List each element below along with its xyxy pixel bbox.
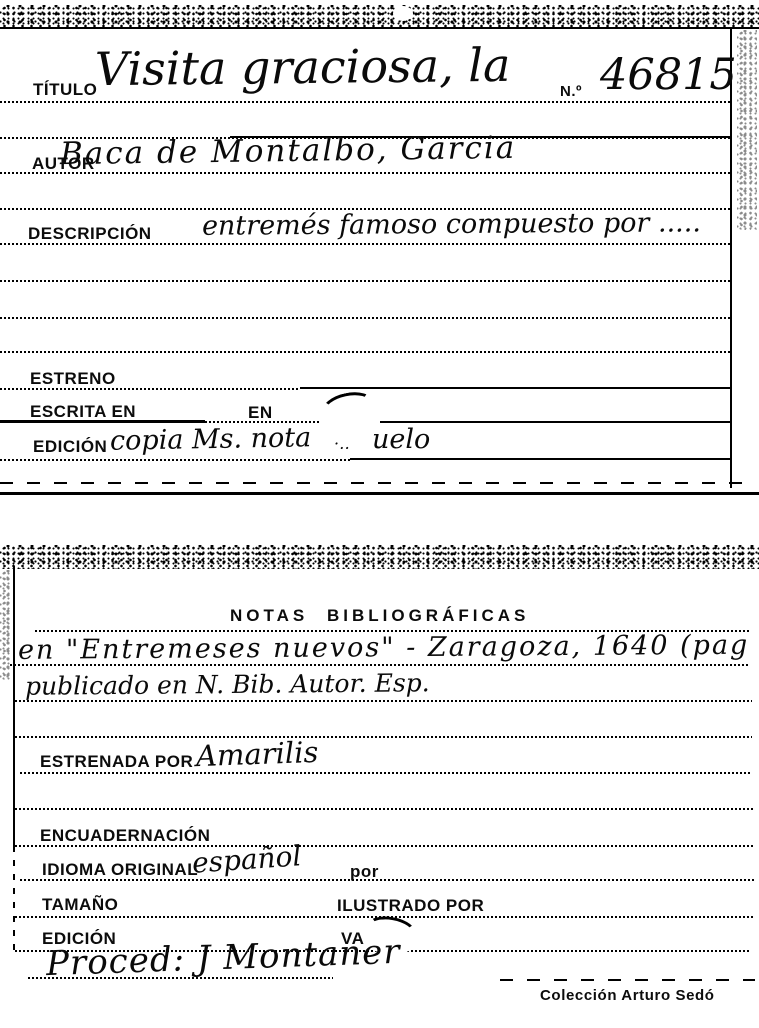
idioma-original-value: español: [191, 842, 302, 878]
rule-line: [0, 172, 731, 174]
edicion-value-part1: copia Ms. nota: [110, 424, 312, 455]
rule-line: [0, 351, 731, 353]
rule-line: [15, 700, 752, 702]
card-back-top-edge: [0, 545, 759, 569]
escrita-en-label: ESCRITA EN: [30, 402, 136, 422]
rule-line: [300, 387, 731, 389]
collection-stamp: Colección Arturo Sedó: [540, 987, 715, 1004]
card-front-bottom-dash: [0, 482, 755, 484]
titulo-label: TÍTULO: [33, 80, 97, 100]
en-label: EN: [248, 403, 273, 423]
rule-line: [0, 280, 731, 282]
rule-line: [0, 459, 350, 461]
rule-line: [15, 736, 752, 738]
rule-line: [350, 458, 731, 460]
estreno-label: ESTRENO: [30, 369, 116, 389]
procedencia-value: Proced: J Montaner: [46, 935, 402, 981]
numero-value: 46815: [600, 54, 737, 97]
edicion-value-part2: uelo: [372, 426, 430, 453]
rule-line: [0, 101, 731, 103]
nota-line1: en "Entremeses nuevos" - Zaragoza, 1640 …: [18, 631, 759, 664]
idioma-original-label: IDIOMA ORIGINAL: [42, 860, 198, 880]
autor-value: Baca de Montalbo, Garcia: [60, 133, 517, 170]
estrenada-por-label: ESTRENADA POR: [40, 752, 193, 772]
edicion-smudge: ·‥: [334, 436, 350, 452]
tamano-label: TAMAÑO: [42, 895, 118, 915]
numero-label: N.º: [560, 83, 582, 100]
rule-line: [20, 772, 752, 774]
nota-line2: publicado en N. Bib. Autor. Esp.: [25, 670, 430, 699]
card-front-top-edge: [0, 5, 759, 29]
encuadernacion-label: ENCUADERNACIÓN: [40, 826, 210, 846]
rule-line: [15, 808, 753, 810]
rule-line: [500, 979, 755, 981]
scan-noise-right: [737, 30, 757, 230]
rule-line: [380, 421, 731, 423]
titulo-value: Visita graciosa, la: [95, 42, 511, 92]
edge-gap: [393, 6, 413, 21]
scanned-catalog-page: TÍTULO N.º AUTOR DESCRIPCIÓN ESTRENO ESC…: [0, 0, 759, 1028]
card-back-left-border: [13, 566, 15, 846]
edicion-label: EDICIÓN: [33, 437, 107, 457]
estrenada-por-value: Amarilis: [196, 738, 319, 771]
card-front-bottom-edge: [0, 492, 759, 495]
notas-heading: NOTAS BIBLIOGRÁFICAS: [230, 606, 529, 626]
descripcion-label: DESCRIPCIÓN: [28, 224, 152, 244]
descripcion-value: entremés famoso compuesto por .....: [202, 209, 701, 239]
por-label: por: [350, 862, 379, 882]
card-back-left-border-dashed: [13, 846, 15, 956]
ilustrado-por-label: ILUSTRADO POR: [337, 896, 484, 916]
rule-line: [0, 317, 731, 319]
